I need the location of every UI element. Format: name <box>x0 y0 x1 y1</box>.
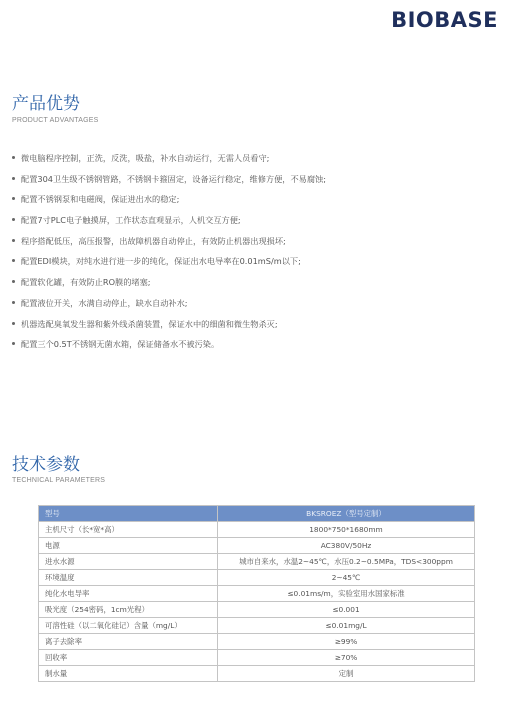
parameters-table: 型号 BKSROEZ（型号定制） 主机尺寸（长*宽*高）1800*750*168… <box>38 505 475 682</box>
table-row: 进水水源城市自来水，水温2~45℃，水压0.2~0.5MPa，TDS<300pp… <box>39 554 475 570</box>
table-row: 离子去除率≥99% <box>39 634 475 650</box>
table-row: 电源AC380V/50Hz <box>39 538 475 554</box>
list-item: 配置7寸PLC电子触摸屏，工作状态直观显示，人机交互方便; <box>12 213 326 234</box>
table-row: 可溶性硅（以二氧化硅记）含量（mg/L）≤0.01mg/L <box>39 618 475 634</box>
bullet-icon <box>12 322 15 325</box>
list-item: 配置不锈钢泵和电磁阀，保证进出水的稳定; <box>12 192 326 213</box>
list-item: 程序搭配低压，高压报警，出故障机器自动停止，有效防止机器出现损坏; <box>12 234 326 255</box>
table-row: 纯化水电导率≤0.01ms/m，实验室用水国家标准 <box>39 586 475 602</box>
advantages-title: 产品优势 <box>12 89 80 114</box>
biobase-logo: BIOBASE <box>391 8 498 32</box>
table-row: 回收率≥70% <box>39 650 475 666</box>
list-item: 配置EDI模块，对纯水进行进一步的纯化，保证出水电导率在0.01mS/m以下; <box>12 254 326 275</box>
bullet-icon <box>12 177 15 180</box>
list-item: 配置软化罐，有效防止RO膜的堵塞; <box>12 275 326 296</box>
bullet-icon <box>12 197 15 200</box>
technical-title: 技术参数 <box>12 450 80 475</box>
table-row: 环境温度2~45℃ <box>39 570 475 586</box>
bullet-icon <box>12 239 15 242</box>
bullet-icon <box>12 259 15 262</box>
bullet-icon <box>12 342 15 345</box>
technical-subtitle: TECHNICAL PARAMETERS <box>12 477 105 484</box>
bullet-icon <box>12 301 15 304</box>
bullet-icon <box>12 156 15 159</box>
bullet-icon <box>12 218 15 221</box>
table-row: 主机尺寸（长*宽*高）1800*750*1680mm <box>39 522 475 538</box>
header-key: 型号 <box>39 506 218 522</box>
list-item: 机器选配臭氧发生器和紫外线杀菌装置，保证水中的细菌和微生物杀灭; <box>12 317 326 338</box>
list-item: 配置304卫生级不锈钢管路，不锈钢卡箍固定，设备运行稳定，维修方便，不易腐蚀; <box>12 172 326 193</box>
table-row: 吸光度（254密码，1cm光程）≤0.001 <box>39 602 475 618</box>
table-header-row: 型号 BKSROEZ（型号定制） <box>39 506 475 522</box>
list-item: 配置液位开关，水满自动停止，缺水自动补水; <box>12 296 326 317</box>
bullet-icon <box>12 280 15 283</box>
table-row: 制水量定制 <box>39 666 475 682</box>
header-value: BKSROEZ（型号定制） <box>218 506 475 522</box>
advantages-list: 微电脑程序控制，正洗，反洗，吸盐，补水自动运行，无需人员看守; 配置304卫生级… <box>12 151 326 358</box>
list-item: 微电脑程序控制，正洗，反洗，吸盐，补水自动运行，无需人员看守; <box>12 151 326 172</box>
advantages-subtitle: PRODUCT ADVANTAGES <box>12 117 98 124</box>
list-item: 配置三个0.5T不锈钢无菌水箱，保证储备水不被污染。 <box>12 337 326 358</box>
